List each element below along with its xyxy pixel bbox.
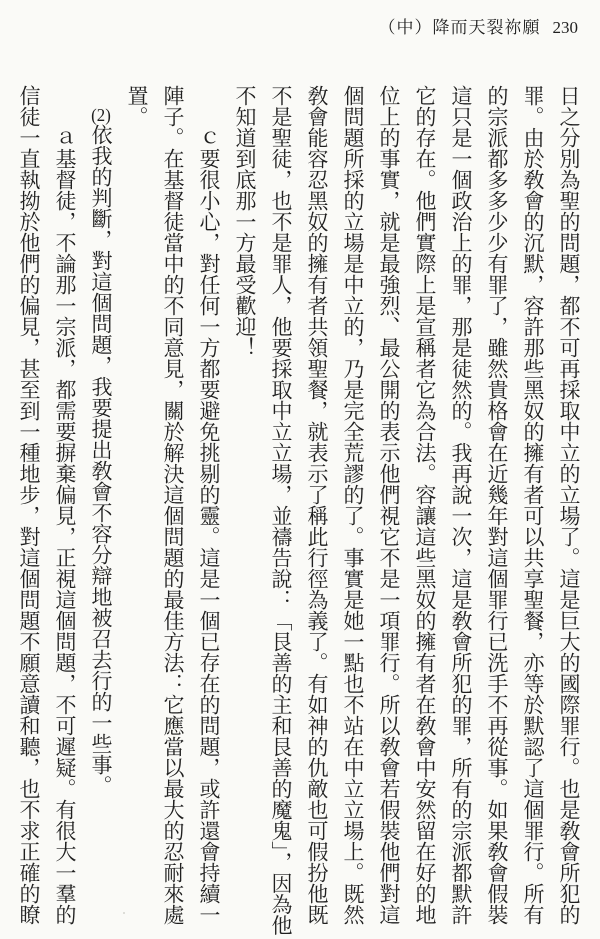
page-number: 230 <box>553 18 579 38</box>
page-body: 日之分別為聖的問題，都不可再採取中立的立場了。這是巨大的國際罪行。也是敎會所犯的… <box>11 85 587 937</box>
list-marker-c: ｃ <box>197 127 221 148</box>
paragraph-text: 基督徒，不論那一宗派，都需要摒棄偏見，正視這個問題，不可遲疑。有很大一羣的信徒一… <box>17 85 77 925</box>
paragraph: ｃ要很小心，對任何一方都要避免挑剔的靈。這是一個已存在的問題，或許還會持續一陣子… <box>119 85 227 937</box>
scan-speck <box>66 585 68 588</box>
book-title: （中）降而天裂祢願 <box>379 13 541 38</box>
paragraph: ａ基督徒，不論那一宗派，都需要摒棄偏見，正視這個問題，不可遲疑。有很大一羣的信徒… <box>11 85 83 937</box>
list-marker-a: ａ <box>53 127 77 148</box>
list-marker-2: (2) <box>91 106 111 124</box>
book-page: （中）降而天裂祢願 230 日之分別為聖的問題，都不可再採取中立的立場了。這是巨… <box>0 0 600 939</box>
paragraph: 日之分別為聖的問題，都不可再採取中立的立場了。這是巨大的國際罪行。也是敎會所犯的… <box>227 85 587 937</box>
paragraph-text: 要很小心，對任何一方都要避免挑剔的靈。這是一個已存在的問題，或許還會持續一陣子。… <box>125 85 221 925</box>
paragraph-text: 依我的判斷，對這個問題，我要提出敎會不容分辯地被召去行的一些事。 <box>89 124 113 796</box>
running-head: （中）降而天裂祢願 230 <box>379 13 579 38</box>
paragraph: (2)依我的判斷，對這個問題，我要提出敎會不容分辯地被召去行的一些事。 <box>83 85 119 937</box>
paragraph-text: 日之分別為聖的問題，都不可再採取中立的立場了。這是巨大的國際罪行。也是敎會所犯的… <box>233 85 581 936</box>
scan-speck <box>345 898 348 901</box>
scan-speck <box>123 912 125 914</box>
